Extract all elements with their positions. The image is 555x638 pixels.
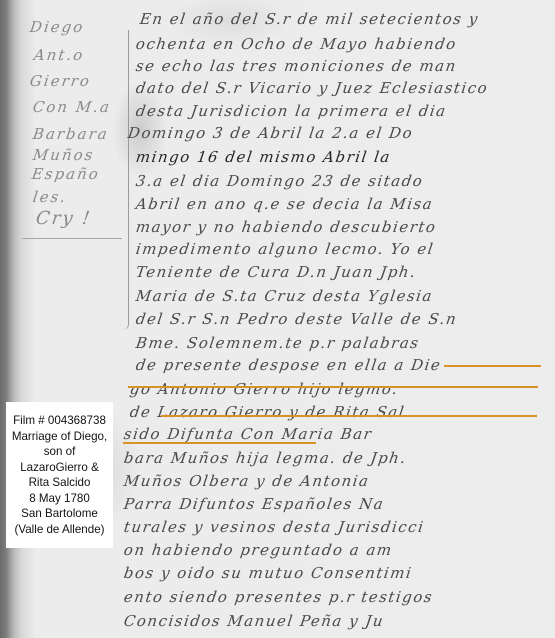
highlight-underline-diego bbox=[444, 365, 541, 367]
highlight-underline-lazaro-gierro-rita bbox=[161, 415, 537, 417]
margin-line: Españo bbox=[31, 165, 101, 183]
highlight-underline-salcido bbox=[123, 442, 316, 444]
margin-line: les. bbox=[32, 188, 69, 206]
margin-line: Ant.o bbox=[33, 46, 86, 64]
entry-line: se echo las tres moniciones de man bbox=[135, 57, 458, 75]
margin-divider-rule bbox=[22, 238, 122, 239]
caption-label: Film # 004368738 Marriage of Diego, son … bbox=[6, 402, 113, 548]
margin-line: Gierro bbox=[29, 72, 93, 90]
margin-line: Cry ! bbox=[35, 208, 93, 229]
entry-line: Maria de S.ta Cruz desta Yglesia bbox=[135, 287, 435, 305]
caption-line: Marriage of Diego, bbox=[12, 429, 107, 445]
entry-line: dato del S.r Vicario y Juez Eclesiastico bbox=[135, 79, 490, 97]
entry-line: ochenta en Ocho de Mayo habiendo bbox=[135, 35, 458, 53]
entry-line: Parra Difuntos Españoles Na bbox=[123, 495, 386, 513]
entry-line: go Antonio Gierro hijo legmo. bbox=[129, 380, 400, 398]
caption-line: LazaroGierro & bbox=[20, 460, 99, 476]
entry-line: ento siendo presentes p.r testigos bbox=[123, 588, 435, 606]
margin-bracket-line bbox=[118, 30, 129, 330]
caption-date: 8 May 1780 bbox=[29, 491, 90, 507]
entry-line: Domingo 3 de Abril la 2.a el Do bbox=[127, 124, 415, 142]
caption-film-number: Film # 004368738 bbox=[13, 413, 106, 429]
entry-line: Bme. Solemnem.te p.r palabras bbox=[135, 334, 421, 352]
highlight-underline-diego-antonio-gierro bbox=[128, 386, 538, 388]
margin-line: Con M.a bbox=[32, 98, 113, 116]
caption-line: son of bbox=[44, 444, 76, 460]
entry-line: bara Muños hija legma. de Jph. bbox=[123, 449, 408, 467]
entry-line: Concisidos Manuel Peña y Ju bbox=[123, 612, 386, 630]
entry-line: del S.r S.n Pedro deste Valle de S.n bbox=[135, 310, 459, 328]
entry-line: de presente despose en ella a Die bbox=[135, 356, 443, 374]
entry-line: turales y vesinos desta Jurisdicci bbox=[123, 518, 426, 536]
margin-line: Muños bbox=[32, 146, 96, 164]
entry-line: Muños Olbera y de Antonia bbox=[123, 472, 371, 490]
entry-line: sido Difunta Con Maria Bar bbox=[123, 425, 374, 443]
entry-line: desta Jurisdicion la primera el dia bbox=[135, 102, 448, 120]
margin-line: Diego bbox=[29, 18, 86, 36]
entry-line: on habiendo preguntado a am bbox=[123, 541, 394, 559]
entry-line: de Lazaro Gierro y de Rita Sal bbox=[129, 403, 407, 421]
entry-line: En el año del S.r de mil setecientos y bbox=[139, 10, 480, 28]
entry-line: Abril en ano q.e se decia la Misa bbox=[135, 195, 435, 213]
entry-line: impedimento alguno lecmo. Yo el bbox=[135, 240, 436, 258]
entry-line: mingo 16 del mismo Abril la bbox=[135, 148, 392, 166]
margin-line: Barbara bbox=[32, 125, 110, 143]
caption-place-detail: (Valle de Allende) bbox=[14, 522, 104, 538]
caption-place: San Bartolome bbox=[21, 506, 98, 522]
entry-line: 3.a el dia Domingo 23 de sitado bbox=[135, 172, 425, 190]
entry-line: mayor y no habiendo descubierto bbox=[135, 218, 438, 236]
register-page-image: Diego Ant.o Gierro Con M.a Barbara Muños… bbox=[0, 0, 555, 638]
caption-line: Rita Salcido bbox=[29, 475, 91, 491]
entry-line: bos y oido su mutuo Consentimi bbox=[123, 564, 414, 582]
entry-line: Teniente de Cura D.n Juan Jph. bbox=[135, 263, 418, 281]
